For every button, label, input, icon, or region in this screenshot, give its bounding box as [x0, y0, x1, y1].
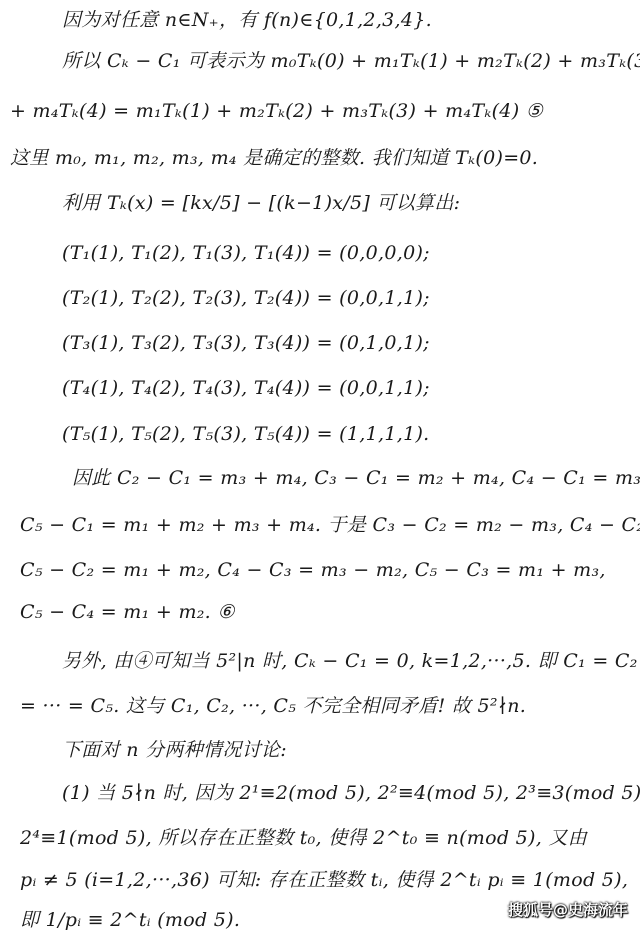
text-line: 利用 Tₖ(x) = [kx/5] − [(k−1)x/5] 可以算出: — [62, 191, 460, 215]
text-line: (1) 当 5∤n 时, 因为 2¹≡2(mod 5), 2²≡4(mod 5)… — [62, 781, 640, 805]
text-line: (T₅(1), T₅(2), T₅(3), T₅(4)) = (1,1,1,1)… — [62, 422, 430, 446]
text-line: = ··· = C₅. 这与 C₁, C₂, ···, C₅ 不完全相同矛盾! … — [20, 694, 526, 718]
text-line: (T₁(1), T₁(2), T₁(3), T₁(4)) = (0,0,0,0)… — [62, 241, 430, 265]
text-line: 即 1/pᵢ ≡ 2^tᵢ (mod 5). — [20, 908, 240, 932]
text-line: (T₄(1), T₄(2), T₄(3), T₄(4)) = (0,0,1,1)… — [62, 376, 430, 400]
text-line: 因为对任意 n∈N₊，有 f(n)∈{0,1,2,3,4}. — [62, 8, 432, 32]
text-line: pᵢ ≠ 5 (i=1,2,···,36) 可知: 存在正整数 tᵢ, 使得 2… — [20, 868, 628, 892]
text-line: 下面对 n 分两种情况讨论: — [62, 738, 287, 762]
text-line: C₅ − C₂ = m₁ + m₂, C₄ − C₃ = m₃ − m₂, C₅… — [20, 558, 606, 582]
text-line: 2⁴≡1(mod 5), 所以存在正整数 t₀, 使得 2^t₀ ≡ n(mod… — [20, 826, 587, 850]
text-line: + m₄Tₖ(4) = m₁Tₖ(1) + m₂Tₖ(2) + m₃Tₖ(3) … — [10, 99, 543, 123]
text-line: 所以 Cₖ − C₁ 可表示为 m₀Tₖ(0) + m₁Tₖ(1) + m₂Tₖ… — [62, 49, 640, 73]
text-line: (T₃(1), T₃(2), T₃(3), T₃(4)) = (0,1,0,1)… — [62, 331, 430, 355]
text-line: 这里 m₀, m₁, m₂, m₃, m₄ 是确定的整数. 我们知道 Tₖ(0)… — [10, 146, 538, 170]
text-line: 另外, 由④可知当 5²|n 时, Cₖ − C₁ = 0, k=1,2,···… — [62, 649, 638, 673]
text-line: 因此 C₂ − C₁ = m₃ + m₄, C₃ − C₁ = m₂ + m₄,… — [72, 466, 640, 490]
watermark: 搜狐号@史海流年 — [508, 899, 628, 920]
text-line: (T₂(1), T₂(2), T₂(3), T₂(4)) = (0,0,1,1)… — [62, 286, 430, 310]
text-line: C₅ − C₁ = m₁ + m₂ + m₃ + m₄. 于是 C₃ − C₂ … — [20, 513, 640, 537]
text-line: C₅ − C₄ = m₁ + m₂. ⑥ — [20, 600, 235, 624]
